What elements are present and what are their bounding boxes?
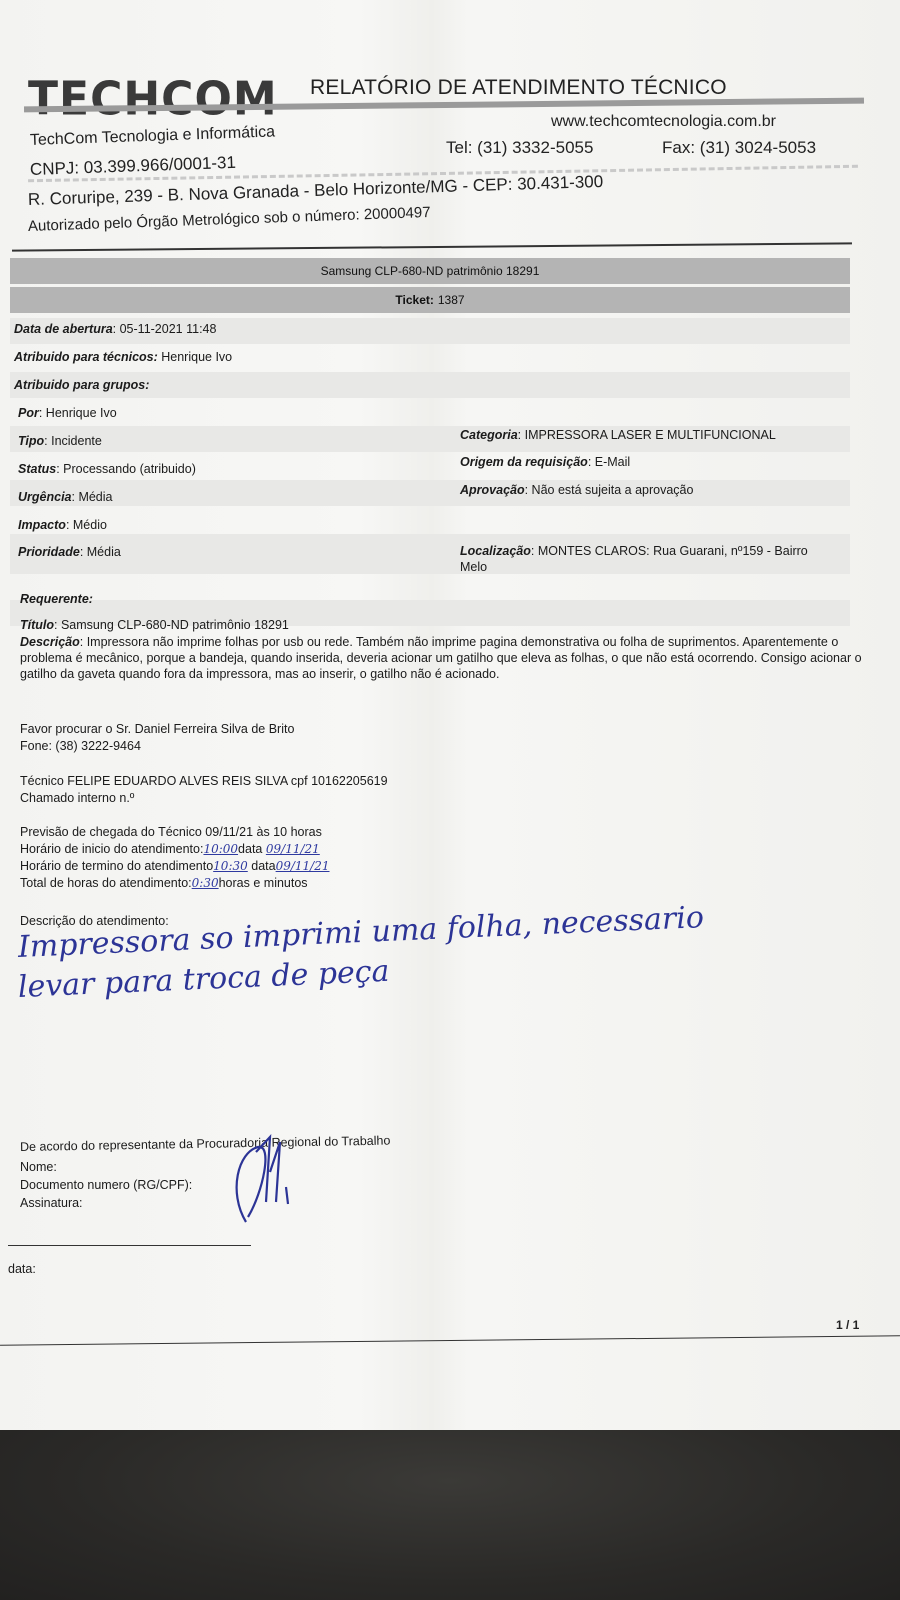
total-hours: 0:30: [192, 876, 219, 890]
field-requerente: Requerente:: [20, 592, 93, 606]
equipment-title: Samsung CLP-680-ND patrimônio 18291: [321, 264, 540, 278]
internal-ticket: Chamado interno n.º: [20, 791, 134, 805]
report-title: RELATÓRIO DE ATENDIMENTO TÉCNICO: [310, 76, 727, 100]
signature-line: [8, 1245, 251, 1246]
arrival-forecast: Previsão de chegada do Técnico 09/11/21 …: [20, 825, 322, 839]
start-time-line: Horário de inicio do atendimento:10:00da…: [20, 842, 320, 856]
field-urgencia: Urgência: Média: [18, 490, 113, 504]
background-surface: [0, 1430, 900, 1600]
approval-date: data:: [8, 1262, 36, 1276]
field-impacto: Impacto: Médio: [18, 518, 107, 532]
header-bottom-rule: [12, 242, 852, 251]
field-tecnicos: Atribuido para técnicos: Henrique Ivo: [14, 350, 232, 364]
equipment-band: Samsung CLP-680-ND patrimônio 18291: [10, 258, 850, 284]
company-fax: Fax: (31) 3024-5053: [662, 138, 816, 158]
authorization-note: Autorizado pelo Órgão Metrológico sob o …: [28, 204, 431, 235]
field-localizacao: Localização: MONTES CLAROS: Rua Guarani,…: [460, 544, 808, 558]
end-time: 10:30: [213, 859, 248, 873]
techcom-logo: TECHCOM: [28, 73, 278, 127]
field-tipo: Tipo: Incidente: [18, 434, 102, 448]
report-paper: TECHCOM RELATÓRIO DE ATENDIMENTO TÉCNICO…: [0, 0, 900, 1438]
ticket-label: Ticket:: [395, 293, 433, 307]
start-date: 09/11/21: [266, 842, 320, 856]
row-bg: [10, 480, 850, 506]
field-titulo: Título: Samsung CLP-680-ND patrimônio 18…: [20, 618, 289, 632]
field-por: Por: Henrique Ivo: [18, 406, 117, 420]
ticket-band: Ticket: 1387: [10, 287, 850, 313]
field-status: Status: Processando (atribuido): [18, 462, 196, 476]
field-localizacao-cont: Melo: [460, 560, 487, 574]
footer-rule: [0, 1335, 900, 1345]
approval-signature: Assinatura:: [20, 1196, 83, 1210]
page-number: 1 / 1: [836, 1318, 859, 1332]
field-aprovacao: Aprovação: Não está sujeita a aprovação: [460, 483, 693, 497]
approval-statement: De acordo do representante da Procurador…: [20, 1134, 391, 1154]
company-name: TechCom Tecnologia e Informática: [30, 123, 276, 150]
approval-document: Documento numero (RG/CPF):: [20, 1178, 192, 1192]
start-time: 10:00: [203, 842, 238, 856]
handwritten-signature: [218, 1132, 308, 1232]
total-hours-line: Total de horas do atendimento:0:30horas …: [20, 876, 308, 890]
field-data-abertura: Data de abertura: 05-11-2021 11:48: [14, 322, 216, 336]
end-date: 09/11/21: [276, 859, 330, 873]
approval-name: Nome:: [20, 1160, 57, 1174]
field-grupos: Atribuido para grupos:: [14, 378, 149, 392]
contact-person: Favor procurar o Sr. Daniel Ferreira Sil…: [20, 722, 294, 736]
company-website: www.techcomtecnologia.com.br: [551, 113, 776, 131]
field-origem: Origem da requisição: E-Mail: [460, 455, 630, 469]
field-categoria: Categoria: IMPRESSORA LASER E MULTIFUNCI…: [460, 428, 776, 442]
end-time-line: Horário de termino do atendimento10:30 d…: [20, 859, 330, 873]
field-descricao: Descrição: Impressora não imprime folhas…: [20, 634, 870, 682]
ticket-number: 1387: [438, 293, 465, 307]
technician-info: Técnico FELIPE EDUARDO ALVES REIS SILVA …: [20, 774, 388, 788]
field-prioridade: Prioridade: Média: [18, 545, 121, 559]
company-tel: Tel: (31) 3332-5055: [446, 138, 593, 158]
contact-phone: Fone: (38) 3222-9464: [20, 739, 141, 753]
